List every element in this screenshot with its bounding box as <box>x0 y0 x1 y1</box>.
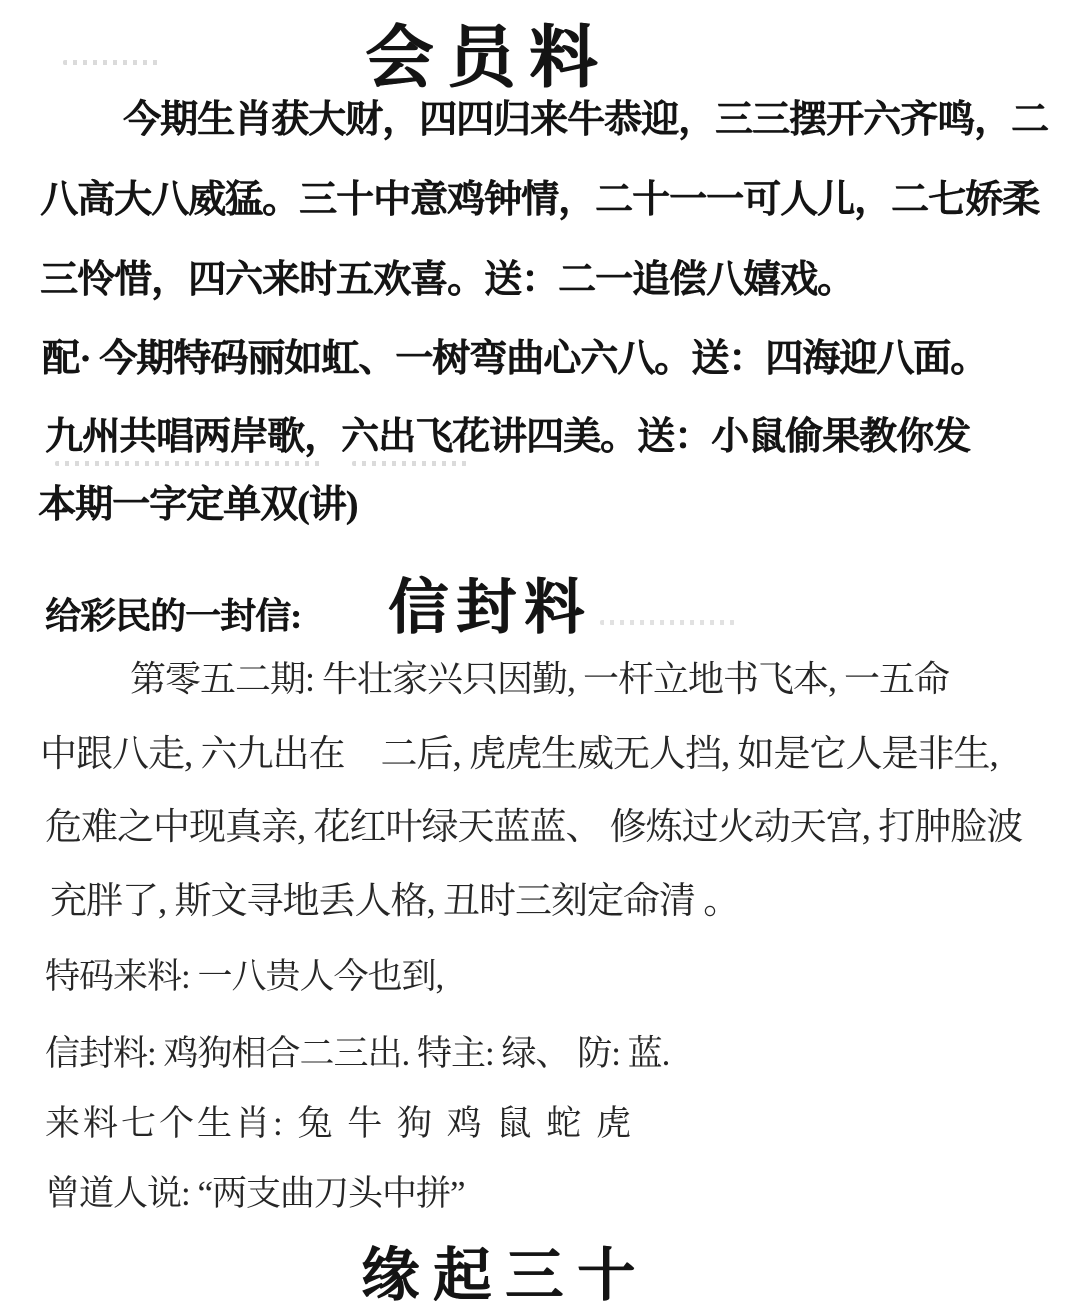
envelope-poem-line: 中跟八走, 六九出在 二后, 虎虎生威无人挡, 如是它人是非生, <box>40 735 998 776</box>
member-line-pei: 配· 今期特码丽如虹、一树弯曲心六八。送：四海迎八面。 <box>42 339 987 381</box>
envelope-section-title: 信封料 <box>388 560 592 646</box>
tip-line-zodiac: 来料七个生肖: 兔 牛 狗 鸡 鼠 蛇 虎 <box>45 1105 634 1144</box>
tip-line-zengdaoren: 曾道人说: “两支曲刀头中拼” <box>45 1175 465 1214</box>
document-page: 会员料 今期生肖获大财，四四归来牛恭迎，三三摆开六齐鸣，二 八高大八威猛。三十中… <box>0 0 1080 1313</box>
envelope-poem-line: 危难之中现真亲, 花红叶绿天蓝蓝、 修炼过火动天宫, 打肿脸波 <box>45 808 1022 849</box>
scan-smudge-middle <box>55 461 323 466</box>
scan-smudge-middle <box>352 461 467 466</box>
member-section-title: 会员料 <box>0 4 1028 101</box>
member-line: 三怜惜，四六来时五欢喜。送：二一追偿八嬉戏。 <box>40 260 854 302</box>
member-line: 八高大八威猛。三十中意鸡钟情，二十一一可人儿，二七娇柔 <box>40 180 1039 222</box>
scan-smudge-top <box>63 60 163 65</box>
envelope-poem-line: 充胖了, 斯文寻地丢人格, 丑时三刻定命清 。 <box>50 882 739 923</box>
envelope-poem-line: 第零五二期: 牛壮家兴只因勤, 一杆立地书飞本, 一五命 <box>130 660 949 700</box>
scan-smudge-title <box>600 620 735 625</box>
member-line-single-double: 本期一字定单双(讲) <box>38 485 357 527</box>
tip-line-envelope: 信封料: 鸡狗相合二三出. 特主: 绿、 防: 蓝. <box>45 1035 669 1074</box>
envelope-intro-label: 给彩民的一封信: <box>45 588 301 639</box>
footer-title: 缘起三十 <box>0 1228 1045 1312</box>
tip-line-special-code: 特码来料: 一八贵人今也到, <box>45 958 443 997</box>
member-line: 今期生肖获大财，四四归来牛恭迎，三三摆开六齐鸣，二 <box>123 100 1048 142</box>
member-line: 九州共唱两岸歌，六出飞花讲四美。送：小鼠偷果教你发 <box>45 417 970 459</box>
